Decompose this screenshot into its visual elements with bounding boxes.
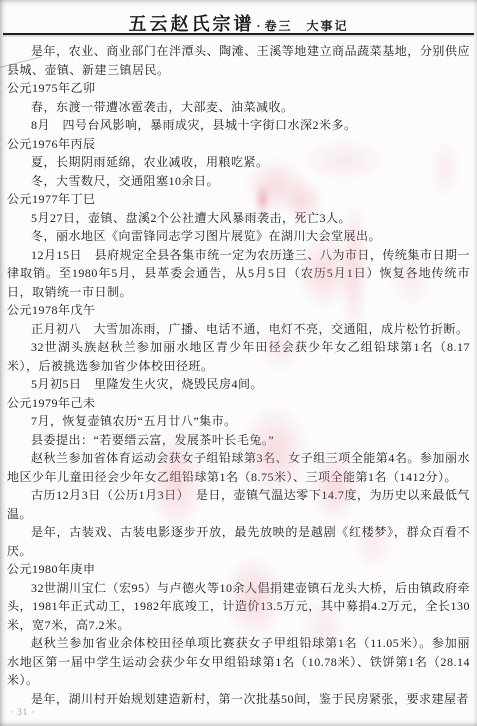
page-number: · 31 · bbox=[10, 707, 36, 717]
chronicle-paragraph: 7月，恢复壶镇农历“五月廿八”集市。 bbox=[7, 412, 470, 431]
chronicle-paragraph: 公元1975年乙卯 bbox=[7, 79, 470, 98]
chronicle-paragraph: 公元1976年丙辰 bbox=[7, 135, 470, 154]
chronicle-paragraph: 是年，古装戏、古装电影逐步开放，最先放映的是越剧《红楼梦》，群众百看不厌。 bbox=[7, 523, 470, 560]
chronicle-paragraph: 是年，农业、商业部门在泮潭头、陶滩、王溪等地建立商品蔬菜基地，分别供应县城、壶镇… bbox=[7, 42, 470, 79]
chronicle-paragraph: 公元1978年戊午 bbox=[7, 301, 470, 320]
chronicle-paragraph: 赵秋兰参加省业余体校田径单项比赛获女子甲组铅球第1名（11.05米）。参加丽水地… bbox=[7, 634, 470, 690]
chronicle-text: 是年，农业、商业部门在泮潭头、陶滩、王溪等地建立商品蔬菜基地，分别供应县城、壶镇… bbox=[7, 42, 470, 708]
chronicle-paragraph: 32世湖川宝仁（宏95）与卢德火等10余人倡捐建壶镇石龙头大桥，后由镇政府牵头，… bbox=[7, 579, 470, 635]
chronicle-paragraph: 5月初5日 里隆发生火灾，烧毁民房4间。 bbox=[7, 375, 470, 394]
chronicle-paragraph: 公元1980年庚申 bbox=[7, 560, 470, 579]
chronicle-paragraph: 春，东渡一带遭冰雹袭击，大部麦、油菜减收。 bbox=[7, 98, 470, 117]
chronicle-paragraph: 公元1979年己未 bbox=[7, 394, 470, 413]
chronicle-paragraph: 冬，丽水地区《向雷锋同志学习图片展览》在湖川大会堂展出。 bbox=[7, 227, 470, 246]
chronicle-paragraph: 12月15日 县府规定全县各集市统一定为农历逢三、八为市日，传统集市日期一律取销… bbox=[7, 246, 470, 302]
chronicle-paragraph: 赵秋兰参加省体育运动会获女子组铅球第3名、女子组三项全能第4名。参加丽水地区少年… bbox=[7, 449, 470, 486]
chronicle-paragraph: 古历12月3日（公历1月3日） 是日，壶镇气温达零下14.7度，为历史以来最低气… bbox=[7, 486, 470, 523]
chronicle-paragraph: 是年，湖川村开始规划建造新村，第一次批基50间，鉴于民房紧张，要求建屋者 bbox=[7, 690, 470, 709]
chronicle-paragraph: 夏，长期阴雨延绵，农业减收，用粮吃紧。 bbox=[7, 153, 470, 172]
chronicle-paragraph: 正月初八 大雪加冻雨，广播、电话不通，电灯不亮，交通阻，成片松竹折断。 bbox=[7, 320, 470, 339]
chronicle-paragraph: 县委提出：“若要缙云富，发展茶叶长毛兔。” bbox=[7, 431, 470, 450]
chronicle-paragraph: 5月27日，壶镇、盘溪2个公社遭大风暴雨袭击，死亡3人。 bbox=[7, 209, 470, 228]
header-divider bbox=[3, 33, 474, 35]
scanned-page: 五云赵氏宗谱 · 卷三 大事记 是年，农业、商业部门在泮潭头、陶滩、王溪等地建立… bbox=[0, 0, 477, 726]
chronicle-paragraph: 8月 四号台风影响，暴雨成灾，县城十字街口水深2米多。 bbox=[7, 116, 470, 135]
chronicle-paragraph: 公元1977年丁巳 bbox=[7, 190, 470, 209]
chronicle-paragraph: 冬，大雪数尺，交通阻塞10余日。 bbox=[7, 172, 470, 191]
chronicle-paragraph: 32世湖头族赵秋兰参加丽水地区青少年田径会获少年女乙组铅球第1名（8.17米），… bbox=[7, 338, 470, 375]
page-header: 五云赵氏宗谱 · 卷三 大事记 bbox=[0, 10, 477, 34]
title-separator-dot: · bbox=[256, 19, 260, 34]
volume-subtitle: 卷三 大事记 bbox=[265, 17, 349, 34]
